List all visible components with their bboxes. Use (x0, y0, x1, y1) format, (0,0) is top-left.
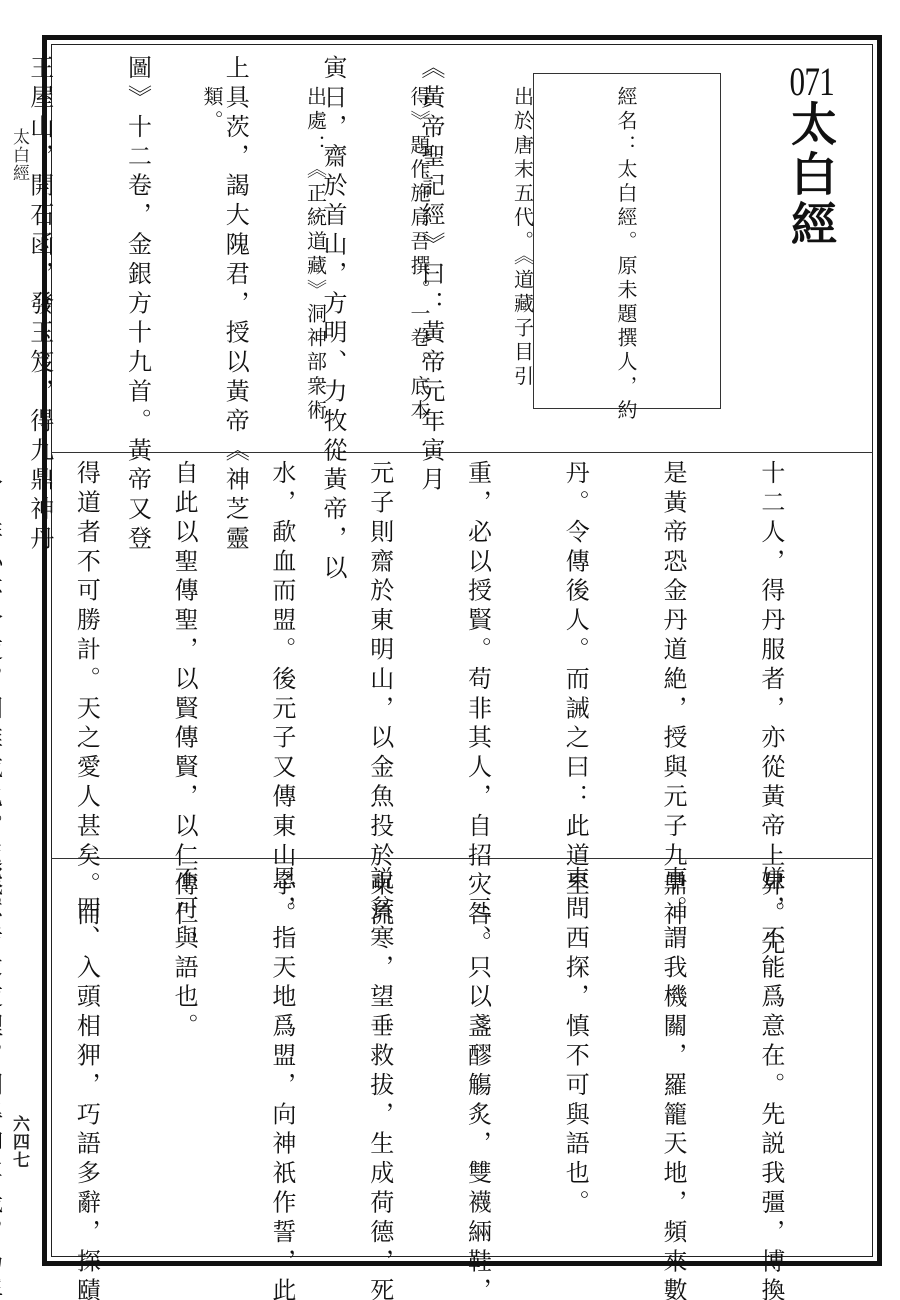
sutra-number: 071 (790, 58, 834, 105)
text-column: 三、只以盞醪觴炙，雙襪緉鞋，自 (461, 866, 494, 1261)
sutra-info-box: 經名：太白經。原未題撰人，約 出於唐末五代。《道藏子目引 得》題作施肩吾撰。一卷… (533, 73, 721, 409)
text-column: 是黃帝恐金丹道絶，授與元子九鼎神 (656, 460, 689, 855)
text-column: 事。謂我機關，羅籠天地，頻來數到， (656, 866, 689, 1261)
text-column: 説貧寒，望垂救拔，生成荷德，死歿知 (363, 866, 396, 1261)
text-column: 上具茨，謁大隗君，授以黃帝《神芝靈 (219, 55, 252, 450)
text-column: 圖》十二卷，金銀方十九首。黃帝又登 (121, 55, 154, 450)
section-divider-top (51, 452, 873, 453)
info-column: 經名：太白經。原未題撰人，約 (609, 86, 644, 423)
text-column: 丹。令傳後人。而誡之曰：此道至 (559, 460, 592, 855)
text-column: 恩，指天地爲盟，向神祇作誓，此輩慎 (265, 866, 298, 1261)
text-section-bottom: 嫌，不能爲意在。先説我彊，博換他 事。謂我機關，羅籠天地，頻來數到， 東問西探，… (0, 866, 852, 1261)
sutra-title: 太白經 (788, 100, 834, 250)
text-column: 深，考求道理，問得即喜我，乃稱揚彼 (0, 866, 5, 1261)
text-column: 水，歃血而盟。後元子又傳東山子。 (265, 460, 298, 855)
text-column: 不可與語也。 (168, 866, 201, 1261)
text-column: 寅日，齋於首山，方明、力牧從黃帝，以 (316, 55, 349, 450)
text-column: 東問西探，慎不可與語也。 (559, 866, 592, 1261)
text-column: 嫌，不能爲意在。先説我彊，博換他 (754, 866, 787, 1261)
text-column: 四、入頭相狎，巧語多辭，探賾淺 (70, 866, 103, 1261)
text-column: 《黃帝聖記經》曰：黃帝元年寅月 (414, 55, 447, 450)
text-column: 重，必以授賢。苟非其人，自招灾咎。 (461, 460, 494, 855)
text-column: 王屋山，開石函，發玉笈，得九鼎神丹 (23, 55, 56, 450)
text-column: 人自非心不合道，固難成也。返成不 (0, 460, 5, 855)
text-section-top: 《黃帝聖記經》曰：黃帝元年寅月 寅日，齋於首山，方明、力牧從黃帝，以 上具茨，謁… (0, 55, 512, 450)
text-column: 得道者不可勝計。天之愛人甚矣。而 (70, 460, 103, 855)
text-column: 十二人，得丹服者，亦從黃帝上昇。先 (754, 460, 787, 855)
text-column: 自此以聖傳聖，以賢傳賢，以仁傳仁， (168, 460, 201, 855)
text-column: 元子則齋於東明山，以金魚投於東流 (363, 460, 396, 855)
text-section-middle: 十二人，得丹服者，亦從黃帝上昇。先 是黃帝恐金丹道絶，授與元子九鼎神 丹。令傳後… (0, 460, 852, 855)
